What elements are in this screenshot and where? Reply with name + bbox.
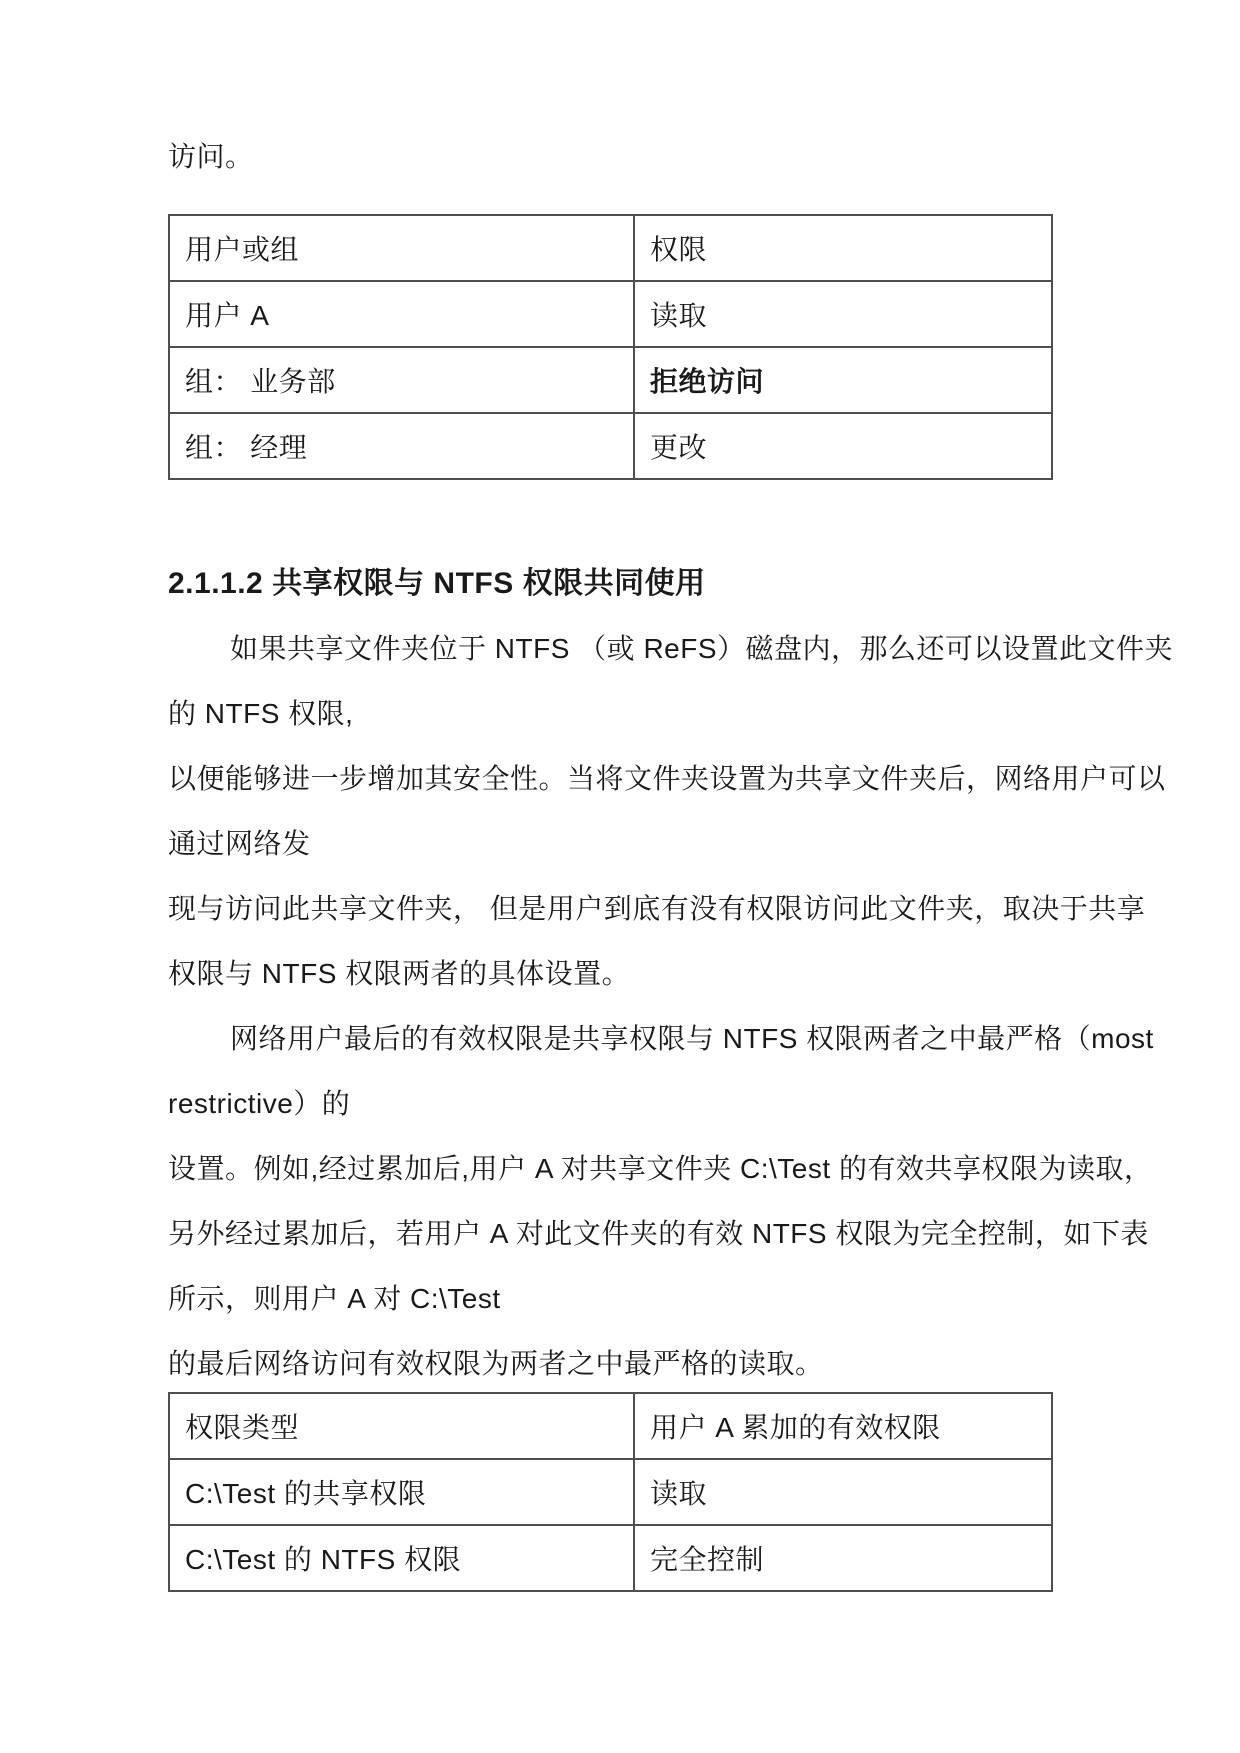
paragraph-line: 以便能够进一步增加其安全性。当将文件夹设置为共享文件夹后，网络用户可以 [168, 746, 1073, 811]
col-header-permission-type: 权限类型 [169, 1393, 634, 1459]
paragraph-line: 的 NTFS 权限, [168, 681, 1073, 746]
table-row: C:\Test 的共享权限 读取 [169, 1459, 1052, 1525]
body-text: 如果共享文件夹位于 NTFS （或 ReFS）磁盘内，那么还可以设置此文件夹 的… [168, 616, 1073, 1396]
table-row: 用户 A 读取 [169, 281, 1052, 347]
paragraph-line: 权限与 NTFS 权限两者的具体设置。 [168, 941, 1073, 1006]
table-cell: 读取 [634, 1459, 1052, 1525]
paragraph-line: 访问。 [168, 124, 1073, 189]
table-cell: 更改 [634, 413, 1052, 479]
table-cell: C:\Test 的 NTFS 权限 [169, 1525, 634, 1591]
paragraph-line: restrictive）的 [168, 1071, 1073, 1136]
table-header-row: 权限类型 用户 A 累加的有效权限 [169, 1393, 1052, 1459]
table-row: C:\Test 的 NTFS 权限 完全控制 [169, 1525, 1052, 1591]
paragraph-line: 的最后网络访问有效权限为两者之中最严格的读取。 [168, 1331, 1073, 1396]
paragraph-line: 如果共享文件夹位于 NTFS （或 ReFS）磁盘内，那么还可以设置此文件夹 [168, 616, 1073, 681]
table-header-row: 用户或组 权限 [169, 215, 1052, 281]
share-permissions-table: 用户或组 权限 用户 A 读取 组： 业务部 拒绝访问 组： 经理 更改 [168, 214, 1053, 480]
effective-permissions-table: 权限类型 用户 A 累加的有效权限 C:\Test 的共享权限 读取 C:\Te… [168, 1392, 1053, 1592]
col-header-user-or-group: 用户或组 [169, 215, 634, 281]
paragraph-line: 现与访问此共享文件夹， 但是用户到底有没有权限访问此文件夹，取决于共享 [168, 876, 1073, 941]
table-cell: 组： 业务部 [169, 347, 634, 413]
table-cell: C:\Test 的共享权限 [169, 1459, 634, 1525]
paragraph-line: 网络用户最后的有效权限是共享权限与 NTFS 权限两者之中最严格（most [168, 1006, 1073, 1071]
table-cell: 组： 经理 [169, 413, 634, 479]
table-cell: 用户 A [169, 281, 634, 347]
col-header-permission: 权限 [634, 215, 1052, 281]
col-header-effective-permission: 用户 A 累加的有效权限 [634, 1393, 1052, 1459]
paragraph-line: 通过网络发 [168, 811, 1073, 876]
table-row: 组： 业务部 拒绝访问 [169, 347, 1052, 413]
document-page: 访问。 用户或组 权限 用户 A 读取 组： 业务部 拒绝访问 组： 经理 更改 [0, 0, 1240, 1753]
paragraph-line: 另外经过累加后，若用户 A 对此文件夹的有效 NTFS 权限为完全控制，如下表 [168, 1201, 1073, 1266]
section-heading: 2.1.1.2 共享权限与 NTFS 权限共同使用 [168, 551, 1073, 616]
table-cell-deny-access: 拒绝访问 [634, 347, 1052, 413]
table-cell: 完全控制 [634, 1525, 1052, 1591]
page-content: 访问。 用户或组 权限 用户 A 读取 组： 业务部 拒绝访问 组： 经理 更改 [168, 0, 1073, 1592]
paragraph-line: 所示，则用户 A 对 C:\Test [168, 1266, 1073, 1331]
table-cell: 读取 [634, 281, 1052, 347]
paragraph-line: 设置。例如,经过累加后,用户 A 对共享文件夹 C:\Test 的有效共享权限为… [168, 1136, 1073, 1201]
table-row: 组： 经理 更改 [169, 413, 1052, 479]
